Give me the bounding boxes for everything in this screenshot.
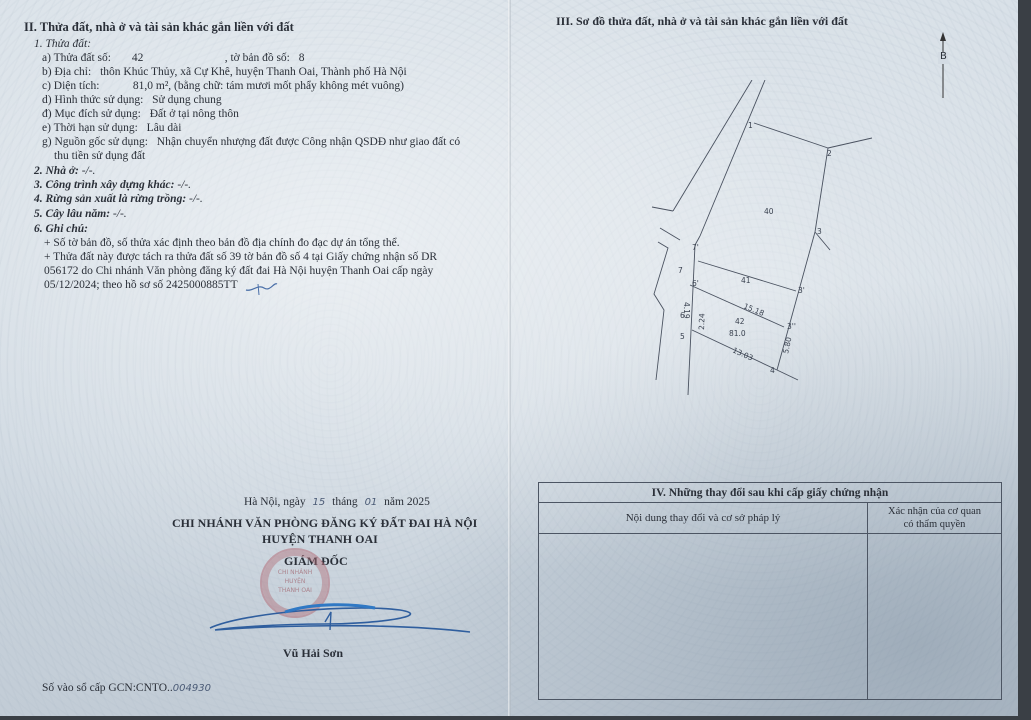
- house-label: 2. Nhà ở:: [34, 165, 79, 177]
- area-row: c) Diện tích: 81,0 m², (bằng chữ: tám mư…: [42, 80, 404, 92]
- changes-table-title: IV. Những thay đổi sau khi cấp giấy chứn…: [539, 483, 1002, 503]
- use-form-label: d) Hình thức sử dụng:: [42, 94, 143, 106]
- parcel-number-value: 42: [132, 52, 222, 64]
- parcel-42-area: 81.0: [729, 329, 746, 338]
- office-line-2: HUYỆN THANH OAI: [262, 532, 378, 547]
- date-prefix: Hà Nội, ngày: [244, 496, 306, 508]
- date-year: năm 2025: [384, 496, 430, 508]
- office-line-1: CHI NHÁNH VĂN PHÒNG ĐĂNG KÝ ĐẤT ĐAI HÀ N…: [172, 516, 477, 531]
- dimension-2-24: 2.24: [697, 313, 707, 330]
- registry-number: 004930: [173, 683, 211, 694]
- dimension-13-03: 13.03: [731, 346, 754, 363]
- col-authority-line-2: có thẩm quyền: [868, 518, 1001, 531]
- dimension-4-19: 4.19: [682, 302, 691, 319]
- point-7p: 7': [692, 243, 699, 252]
- col-authority-line-1: Xác nhận của cơ quan: [868, 505, 1001, 518]
- forest-label: 4. Rừng sản xuất là rừng trồng:: [34, 193, 186, 205]
- changes-table: IV. Những thay đổi sau khi cấp giấy chứn…: [538, 482, 1002, 700]
- address-label: b) Địa chỉ:: [42, 66, 91, 78]
- stamp-line-1: CHI NHÁNH: [262, 568, 328, 577]
- change-content-cell: [539, 534, 868, 700]
- date-month: 01: [365, 497, 378, 508]
- note-2-end: 05/12/2024; theo hồ sơ số 2425000885TT: [44, 279, 238, 291]
- note-1: + Số tờ bản đồ, số thửa xác định theo bả…: [44, 237, 400, 249]
- house-value: -/-.: [82, 165, 96, 177]
- notes-heading: 6. Ghi chú:: [34, 223, 88, 235]
- forest-value: -/-.: [189, 193, 203, 205]
- director-signature: [205, 598, 475, 638]
- point-3pp: 3'': [787, 322, 796, 331]
- parcel-42-label: 42: [735, 317, 745, 326]
- point-3p: 3': [798, 286, 805, 295]
- section-iii-title: III. Sơ đồ thửa đất, nhà ở và tài sản kh…: [556, 14, 848, 29]
- use-purpose-label: đ) Mục đích sử dụng:: [42, 108, 141, 120]
- perennial-row: 5. Cây lâu năm: -/-.: [34, 208, 127, 220]
- note-2-cont: 056172 do Chi nhánh Văn phòng đăng ký đấ…: [44, 265, 433, 277]
- parcel-diagram: 1 2 3 3' 3'' 4 5 6 6' 7 7' 40 41 42 81.0…: [640, 80, 880, 400]
- note-2: + Thửa đất này được tách ra thửa đất số …: [44, 251, 437, 263]
- map-sheet-value: 8: [299, 52, 305, 64]
- issue-date: Hà Nội, ngày 15 tháng 01 năm 2025: [244, 496, 430, 508]
- origin-row: g) Nguồn gốc sử dụng: Nhận chuyển nhượng…: [42, 136, 460, 148]
- col-authority-confirmation: Xác nhận của cơ quan có thẩm quyền: [868, 503, 1002, 534]
- north-label: B: [940, 51, 947, 62]
- page-fold: [508, 0, 511, 716]
- point-1: 1: [748, 121, 753, 130]
- other-construction-label: 3. Công trình xây dựng khác:: [34, 179, 174, 191]
- point-5: 5: [680, 332, 685, 341]
- area-value: 81,0 m², (bằng chữ: tám mươi mốt phẩy kh…: [133, 80, 404, 92]
- dimension-5-80: 5.80: [781, 336, 793, 354]
- use-purpose-value: Đất ở tại nông thôn: [150, 108, 239, 120]
- parcel-40-label: 40: [764, 207, 774, 216]
- registry-label: Số vào sổ cấp GCN:CNTO..: [42, 682, 173, 694]
- parcel-number-label: a) Thửa đất số:: [42, 52, 111, 64]
- use-term-value: Lâu dài: [147, 122, 182, 134]
- use-form-value: Sử dụng chung: [152, 94, 221, 106]
- origin-value: Nhận chuyển nhượng đất được Công nhận QS…: [157, 136, 460, 148]
- map-sheet-label: , tờ bản đồ số:: [225, 52, 290, 64]
- stamp-line-3: THANH OAI: [262, 586, 328, 595]
- forest-row: 4. Rừng sản xuất là rừng trồng: -/-.: [34, 193, 203, 205]
- other-construction-value: -/-.: [177, 179, 191, 191]
- authority-confirmation-cell: [868, 534, 1002, 700]
- point-3: 3: [817, 227, 822, 236]
- perennial-label: 5. Cây lâu năm:: [34, 208, 110, 220]
- origin-label: g) Nguồn gốc sử dụng:: [42, 136, 148, 148]
- date-day: 15: [313, 497, 326, 508]
- address-row: b) Địa chỉ: thôn Khúc Thủy, xã Cự Khê, h…: [42, 66, 407, 78]
- parcel-number-row: a) Thửa đất số: 42 , tờ bản đồ số: 8: [42, 52, 305, 64]
- registry-row: Số vào sổ cấp GCN:CNTO..004930: [42, 682, 211, 694]
- use-purpose-row: đ) Mục đích sử dụng: Đất ở tại nông thôn: [42, 108, 239, 120]
- north-arrow-icon: [935, 30, 951, 100]
- stamp-line-2: HUYỆN: [262, 577, 328, 586]
- signer-name: Vũ Hải Sơn: [283, 646, 343, 661]
- parcel-heading: 1. Thửa đất:: [34, 38, 91, 50]
- point-2: 2: [827, 149, 832, 158]
- address-value: thôn Khúc Thủy, xã Cự Khê, huyện Thanh O…: [100, 66, 407, 78]
- area-label: c) Diện tích:: [42, 80, 130, 92]
- dimension-15-18: 15.18: [742, 302, 765, 318]
- point-7: 7: [678, 266, 683, 275]
- use-form-row: d) Hình thức sử dụng: Sử dụng chung: [42, 94, 222, 106]
- col-change-content: Nội dung thay đổi và cơ sở pháp lý: [539, 503, 868, 534]
- date-month-label: tháng: [332, 496, 358, 508]
- point-4: 4: [770, 366, 775, 375]
- origin-value-cont: thu tiền sử dụng đất: [54, 150, 145, 162]
- use-term-row: e) Thời hạn sử dụng: Lâu dài: [42, 122, 181, 134]
- point-6p: 6': [692, 279, 699, 288]
- house-row: 2. Nhà ở: -/-.: [34, 165, 95, 177]
- initials-mark: [244, 278, 278, 296]
- parcel-41-label: 41: [741, 276, 751, 285]
- other-construction-row: 3. Công trình xây dựng khác: -/-.: [34, 179, 191, 191]
- section-ii-title: II. Thửa đất, nhà ở và tài sản khác gắn …: [24, 20, 294, 35]
- use-term-label: e) Thời hạn sử dụng:: [42, 122, 138, 134]
- perennial-value: -/-.: [113, 208, 127, 220]
